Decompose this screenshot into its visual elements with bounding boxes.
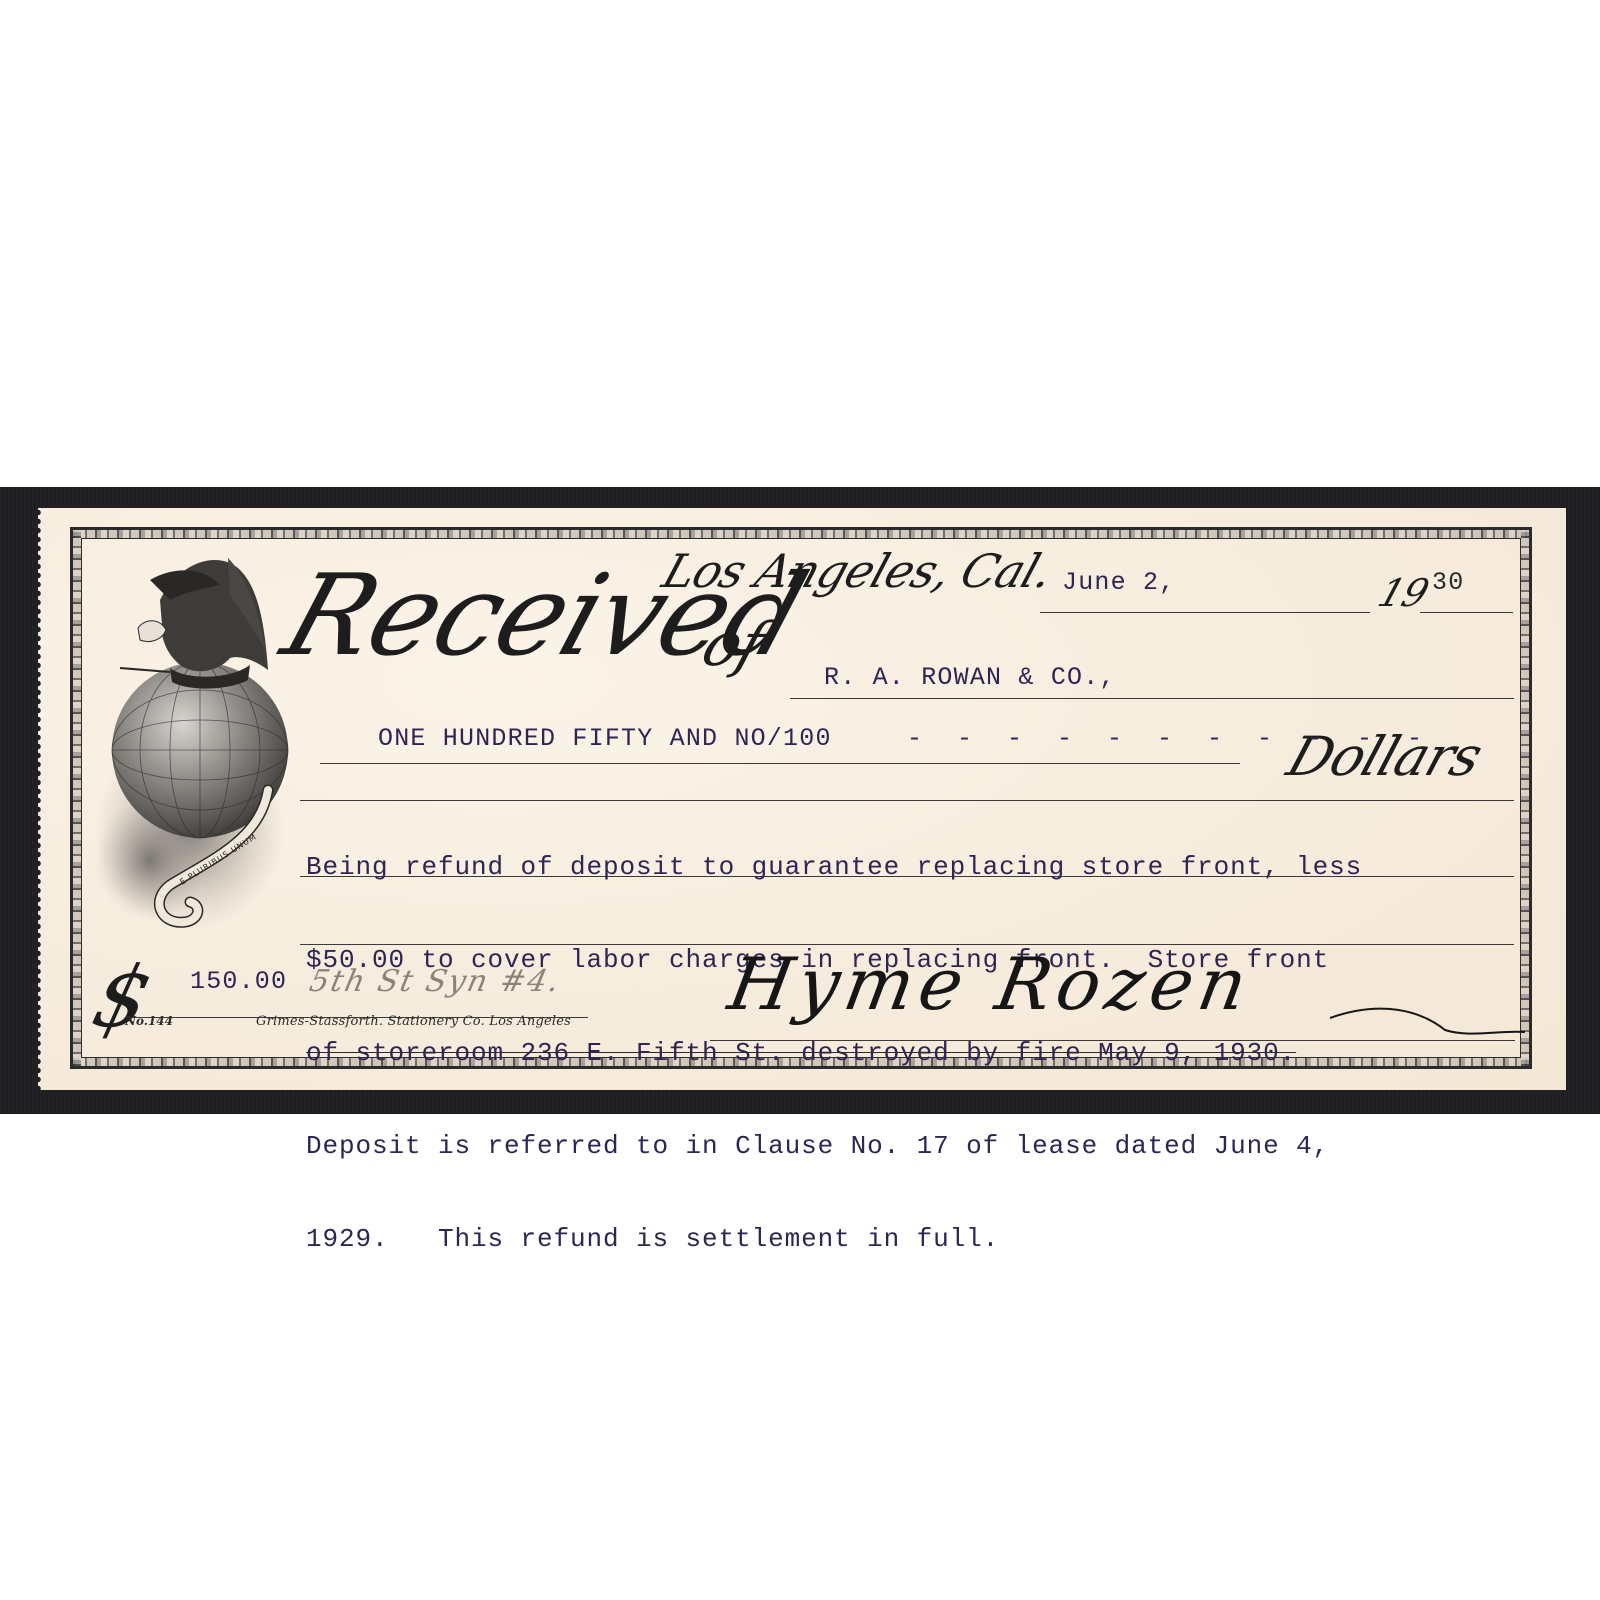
border-right [1521,530,1529,1066]
eagle-globe-vignette-icon: E PLURIBUS UNUM [90,540,300,940]
amount-filler-dashes: - - - - - - - - - - - [907,726,1432,751]
border-left [73,530,81,1066]
payer-field: R. A. ROWAN & CO., [824,665,1116,690]
signature: Hyme Rozen [724,948,1258,1020]
year-field: 30 [1432,570,1464,595]
date-line [1040,612,1370,613]
border-top [73,530,1529,538]
amount-figure-field: 150.00 [190,969,287,994]
pencil-annotation: 5th St Syn #4. [306,964,564,999]
printed-place: Los Angeles, Cal. [658,548,1059,594]
amount-words-line [320,763,1240,764]
perforated-edge [38,508,44,1090]
amount-in-words-field: ONE HUNDRED FIFTY AND NO/100 [378,726,832,751]
printer-imprint: Grimes-Stassforth. Stationery Co. Los An… [256,1014,571,1029]
memo-text: Being refund of deposit to guarantee rep… [306,790,1362,1286]
payer-line [790,698,1514,699]
memo-line: 1929. This refund is settlement in full. [306,1224,1362,1255]
date-field: June 2, [1062,570,1175,595]
memo-line: Deposit is referred to in Clause No. 17 … [306,1131,1362,1162]
year-line [1420,612,1513,613]
memo-line: Being refund of deposit to guarantee rep… [306,852,1362,883]
form-number: No.144 [125,1014,173,1028]
memo-line: of storeroom 236 E. Fifth St. destroyed … [306,1038,1362,1069]
